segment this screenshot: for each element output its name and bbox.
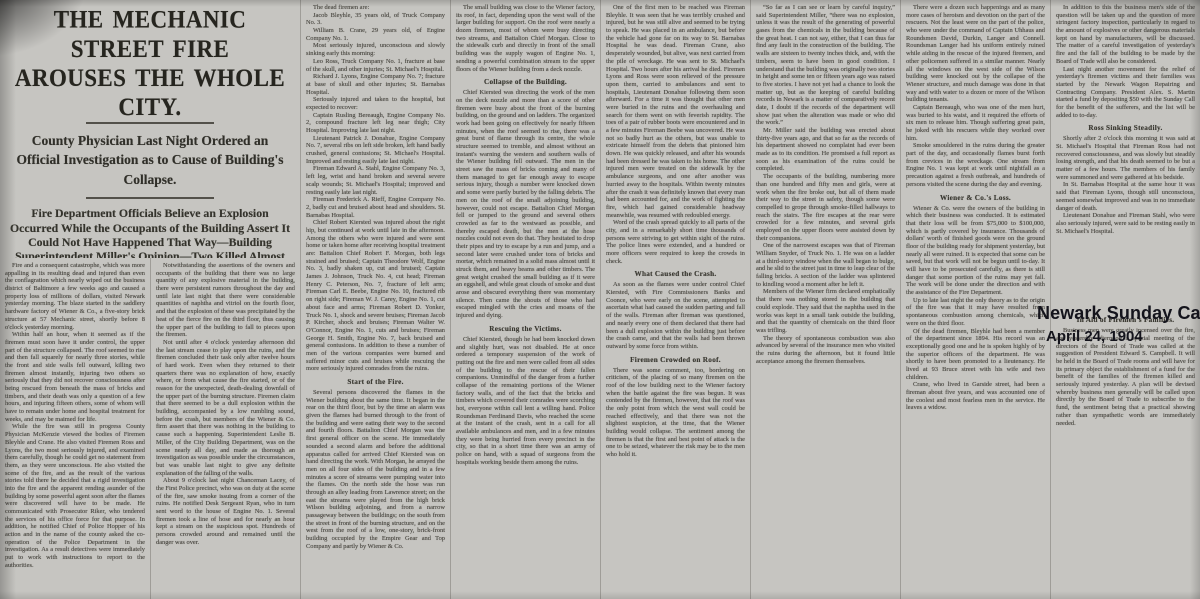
article-column-3: The dead firemen are:Jacob Bleyhle, 35 y… xyxy=(300,0,450,599)
article-paragraph: Lieutenant Donahue and Fireman Stahl, wh… xyxy=(1056,212,1195,235)
masthead: THE MECHANIC STREET FIRE AROUSES THE WHO… xyxy=(0,0,300,258)
annotation-source: Newark Sunday Call xyxy=(1037,303,1198,324)
section-heading: What Caused the Crash. xyxy=(606,270,745,278)
article-paragraph: The occupants of the building, numbering… xyxy=(756,173,895,242)
article-paragraph: Captain Bereaugh, who was one of the men… xyxy=(906,104,1045,142)
left-columns: Fire and a consequent catastrophe, which… xyxy=(0,258,300,599)
article-paragraph: The small building was close to the Wien… xyxy=(456,4,595,73)
article-paragraph: The dead firemen are: xyxy=(306,4,445,12)
article-paragraph: One of the narrowest escapes was that of… xyxy=(756,242,895,288)
article-column-2: Notwithstanding the assertions of the ow… xyxy=(150,258,300,599)
article-paragraph: One of the first men to be reached was F… xyxy=(606,4,745,219)
article-paragraph: Seriously injured and taken to the hospi… xyxy=(306,96,445,111)
article-paragraph: Chief Robert Kiersted was injured about … xyxy=(306,219,445,373)
article-paragraph: Shortly after 2 o'clock this morning it … xyxy=(1056,135,1195,181)
article-paragraph: Most seriously injured, unconscious and … xyxy=(306,42,445,57)
annotation-overlay: Newark Sunday Call April 24, 1904 xyxy=(1037,303,1198,345)
article-paragraph: Lieutenant Patrick J. Donahue, Engine Co… xyxy=(306,135,445,166)
article-paragraph: Jacob Bleyhle, 35 years old, of Truck Co… xyxy=(306,12,445,27)
article-column-5: One of the first men to be reached was F… xyxy=(600,0,750,599)
article-paragraph: There was some comment, too, bordering o… xyxy=(606,367,745,459)
article-paragraph: Chief Kiersted, though he had been knock… xyxy=(456,336,595,467)
headline-block: THE MECHANIC STREET FIRE AROUSES THE WHO… xyxy=(0,0,300,599)
article-column-1: Fire and a consequent catastrophe, which… xyxy=(0,258,150,599)
article-column-4: The small building was close to the Wien… xyxy=(450,0,600,599)
main-headline: THE MECHANIC STREET FIRE AROUSES THE WHO… xyxy=(4,5,296,122)
article-paragraph: In St. Barnabas Hospital at the same hou… xyxy=(1056,181,1195,212)
article-paragraph: Of the dead firemen, Bleyhle had been a … xyxy=(906,328,1045,382)
article-paragraph: While the fire was still in progress Cou… xyxy=(5,423,145,569)
article-paragraph: Mr. Miller said the building was erected… xyxy=(756,127,895,173)
article-paragraph: Last night another movement for the reli… xyxy=(1056,66,1195,120)
article-paragraph: William B. Crane, 29 years old, of Engin… xyxy=(306,27,445,42)
section-heading: Ross Sinking Steadily. xyxy=(1056,124,1195,132)
article-paragraph: “So far as I can see or learn by careful… xyxy=(756,4,895,127)
article-paragraph: Members of the Wiener firm declared emph… xyxy=(756,288,895,334)
article-paragraph: Not until after 4 o'clock yesterday afte… xyxy=(156,339,295,477)
article-paragraph: Word of the crash spread quickly to all … xyxy=(606,219,745,265)
subdeck-headline: Fire Department Officials Believe an Exp… xyxy=(4,206,296,258)
article-paragraph: Within half an hour, when it seemed as i… xyxy=(5,331,145,423)
article-column-6: “So far as I can see or learn by careful… xyxy=(750,0,900,599)
article-paragraph: Fireman Frederick A. Rieff, Engine Compa… xyxy=(306,196,445,219)
article-column-8: In addition to this the business men's s… xyxy=(1050,0,1200,599)
article-paragraph: Chief Kiersted was directing the work of… xyxy=(456,89,595,320)
article-paragraph: Wiener & Co. were the owners of the buil… xyxy=(906,205,1045,297)
annotation-date: April 24, 1904 xyxy=(1046,328,1198,345)
section-heading: Collapse of the Building. xyxy=(456,78,595,86)
article-paragraph: The theory of spontaneous combustion was… xyxy=(756,335,895,366)
article-paragraph: Notwithstanding the assertions of the ow… xyxy=(156,262,295,339)
article-paragraph: Fire and a consequent catastrophe, which… xyxy=(5,262,145,331)
article-paragraph: As soon as the flames were under control… xyxy=(606,281,745,350)
article-paragraph: Richard J. Lyons, Engine Company No. 7; … xyxy=(306,73,445,96)
article-paragraph: Crane, who lived in Garside street, had … xyxy=(906,381,1045,412)
article-column-7: There were a dozen such happenings and a… xyxy=(900,0,1050,599)
section-heading: Start of the Fire. xyxy=(306,378,445,386)
section-heading: Wiener & Co.'s Loss. xyxy=(906,194,1045,202)
newspaper-page: THE MECHANIC STREET FIRE AROUSES THE WHO… xyxy=(0,0,1200,599)
divider-rule xyxy=(86,197,214,199)
column-spacer xyxy=(1056,235,1195,311)
article-paragraph: Fireman Edward A. Stahl, Engine Company … xyxy=(306,165,445,196)
headline-line-2: AROUSES THE WHOLE CITY. xyxy=(4,64,296,123)
section-heading: Rescuing the Victims. xyxy=(456,325,595,333)
deck-headline: County Physician Last Night Ordered an O… xyxy=(4,131,296,190)
article-paragraph: About 9 o'clock last night Chanceman Lac… xyxy=(156,477,295,546)
article-paragraph: Captain Rusling Bereaugh, Engine Company… xyxy=(306,112,445,135)
section-heading: Firemen Crowded on Roof. xyxy=(606,356,745,364)
headline-line-1: THE MECHANIC STREET FIRE xyxy=(4,5,296,64)
article-paragraph: There were a dozen such happenings and a… xyxy=(906,4,1045,104)
article-paragraph: Several persons discovered the flames in… xyxy=(306,389,445,550)
article-paragraph: Leo Ross, Truck Company No. 1, fracture … xyxy=(306,58,445,73)
article-paragraph: Up to late last night the only theory as… xyxy=(906,297,1045,328)
article-paragraph: In addition to this the business men's s… xyxy=(1056,4,1195,66)
article-paragraph: Smoke smouldered in the ruins during the… xyxy=(906,142,1045,188)
